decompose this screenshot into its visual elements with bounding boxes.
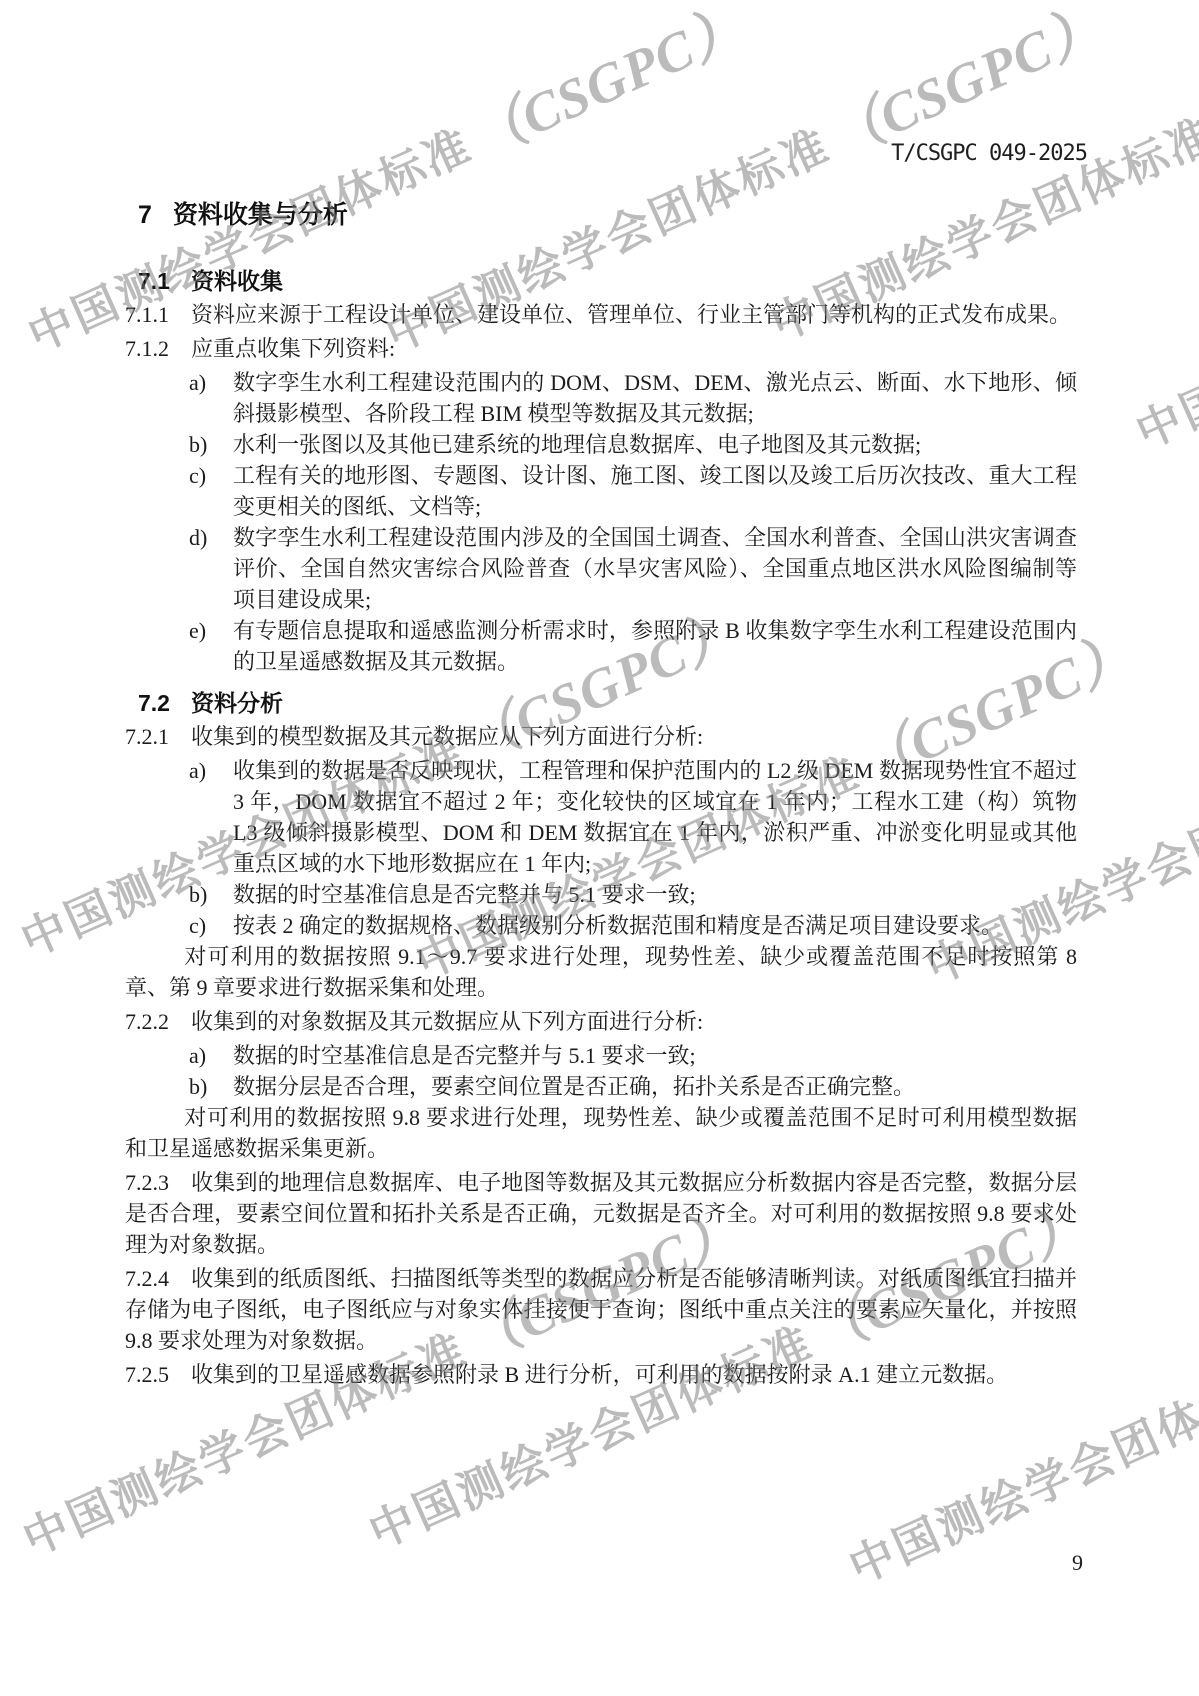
list-item: a)收集到的数据是否反映现状，工程管理和保护范围内的 L2 级 DEM 数据现势… [125, 755, 1077, 879]
clause-text: 收集到的纸质图纸、扫描图纸等类型的数据应分析是否能够清晰判读。对纸质图纸宜扫描并… [125, 1266, 1077, 1353]
list-item-marker: c) [189, 460, 206, 491]
list-item-text: 数字孪生水利工程建设范围内的 DOM、DSM、DEM、激光点云、断面、水下地形、… [233, 370, 1077, 426]
item-list: a)数据的时空基准信息是否完整并与 5.1 要求一致;b)数据分层是否合理，要素… [125, 1040, 1077, 1102]
list-item-marker: e) [189, 615, 206, 646]
list-item-marker: b) [189, 429, 207, 460]
page-number: 9 [1072, 1550, 1083, 1576]
section-heading-7: 7资料收集与分析 [138, 200, 1077, 230]
clause-number: 7.1.2 [125, 336, 169, 361]
clause-text: 资料应来源于工程设计单位、建设单位、管理单位、行业主管部门等机构的正式发布成果。 [191, 302, 1071, 327]
heading-number: 7.1 [138, 268, 170, 294]
continuation-paragraph: 对可利用的数据按照 9.8 要求进行处理，现势性差、缺少或覆盖范围不足时可利用模… [125, 1102, 1077, 1164]
clause-text: 应重点收集下列资料: [191, 336, 395, 361]
list-item-marker: a) [189, 755, 206, 786]
doc-code: T/CSGPC 049-2025 [891, 141, 1087, 166]
list-item-marker: b) [189, 879, 207, 910]
item-list: a)收集到的数据是否反映现状，工程管理和保护范围内的 L2 级 DEM 数据现势… [125, 755, 1077, 941]
list-item: d)数字孪生水利工程建设范围内涉及的全国国土调查、全国水利普查、全国山洪灾害调查… [125, 522, 1077, 615]
clause-number: 7.2.5 [125, 1362, 169, 1387]
section-heading-7.1: 7.1资料收集 [138, 267, 1077, 296]
heading-number: 7.2 [138, 690, 170, 716]
list-item-marker: a) [189, 1040, 206, 1071]
list-item: b)数据的时空基准信息是否完整并与 5.1 要求一致; [125, 879, 1077, 910]
list-item-text: 数据分层是否合理，要素空间位置是否正确，拓扑关系是否正确完整。 [233, 1074, 915, 1099]
section-heading-7.2: 7.2资料分析 [138, 689, 1077, 718]
list-item-marker: c) [189, 910, 206, 941]
item-list: a)数字孪生水利工程建设范围内的 DOM、DSM、DEM、激光点云、断面、水下地… [125, 367, 1077, 677]
clause-paragraph-7.1.2: 7.1.2应重点收集下列资料: [125, 333, 1077, 364]
document-page: 中国测绘学会团体标准 （CSGPC）中国测绘学会团体标准 （CSGPC）中国测绘… [0, 0, 1199, 1696]
clause-paragraph-7.2.4: 7.2.4收集到的纸质图纸、扫描图纸等类型的数据应分析是否能够清晰判读。对纸质图… [125, 1263, 1077, 1356]
list-item-text: 有专题信息提取和遥感监测分析需求时，参照附录 B 收集数字孪生水利工程建设范围内… [233, 618, 1077, 674]
clause-paragraph-7.2.2: 7.2.2收集到的对象数据及其元数据应从下列方面进行分析: [125, 1006, 1077, 1037]
clause-number: 7.2.2 [125, 1009, 169, 1034]
clause-number: 7.2.3 [125, 1170, 169, 1195]
clause-text: 收集到的卫星遥感数据参照附录 B 进行分析，可利用的数据按附录 A.1 建立元数… [191, 1362, 1008, 1387]
list-item-text: 工程有关的地形图、专题图、设计图、施工图、竣工图以及竣工后历次技改、重大工程变更… [233, 463, 1077, 519]
clause-text: 收集到的对象数据及其元数据应从下列方面进行分析: [191, 1009, 703, 1034]
clause-number: 7.1.1 [125, 302, 169, 327]
list-item-marker: b) [189, 1071, 207, 1102]
list-item-text: 数据的时空基准信息是否完整并与 5.1 要求一致; [233, 1043, 696, 1068]
list-item-text: 数字孪生水利工程建设范围内涉及的全国国土调查、全国水利普查、全国山洪灾害调查评价… [233, 525, 1077, 612]
list-item: c)按表 2 确定的数据规格、数据级别分析数据范围和精度是否满足项目建设要求。 [125, 910, 1077, 941]
clause-paragraph-7.1.1: 7.1.1资料应来源于工程设计单位、建设单位、管理单位、行业主管部门等机构的正式… [125, 299, 1077, 330]
list-item: a)数据的时空基准信息是否完整并与 5.1 要求一致; [125, 1040, 1077, 1071]
clause-text: 收集到的地理信息数据库、电子地图等数据及其元数据应分析数据内容是否完整，数据分层… [125, 1170, 1077, 1257]
list-item-text: 数据的时空基准信息是否完整并与 5.1 要求一致; [233, 882, 696, 907]
list-item-text: 水利一张图以及其他已建系统的地理信息数据库、电子地图及其元数据; [233, 432, 921, 457]
list-item-marker: a) [189, 367, 206, 398]
heading-title: 资料收集与分析 [173, 201, 348, 229]
list-item-text: 收集到的数据是否反映现状，工程管理和保护范围内的 L2 级 DEM 数据现势性宜… [233, 758, 1077, 876]
heading-title: 资料收集 [191, 268, 283, 294]
clause-number: 7.2.4 [125, 1266, 169, 1291]
clause-paragraph-7.2.5: 7.2.5收集到的卫星遥感数据参照附录 B 进行分析，可利用的数据按附录 A.1… [125, 1359, 1077, 1390]
list-item: e)有专题信息提取和遥感监测分析需求时，参照附录 B 收集数字孪生水利工程建设范… [125, 615, 1077, 677]
document-content: 7资料收集与分析7.1资料收集7.1.1资料应来源于工程设计单位、建设单位、管理… [125, 200, 1077, 1390]
clause-text: 收集到的模型数据及其元数据应从下列方面进行分析: [191, 724, 703, 749]
list-item: c)工程有关的地形图、专题图、设计图、施工图、竣工图以及竣工后历次技改、重大工程… [125, 460, 1077, 522]
page-header: T/CSGPC 049-2025 [0, 141, 1087, 166]
list-item-marker: d) [189, 522, 207, 553]
heading-title: 资料分析 [191, 690, 283, 716]
continuation-paragraph: 对可利用的数据按照 9.1～9.7 要求进行处理，现势性差、缺少或覆盖范围不足时… [125, 941, 1077, 1003]
watermark-text: 中国测绘学会团体标准 （CSGPC） [1128, 94, 1199, 460]
list-item: b)数据分层是否合理，要素空间位置是否正确，拓扑关系是否正确完整。 [125, 1071, 1077, 1102]
list-item: a)数字孪生水利工程建设范围内的 DOM、DSM、DEM、激光点云、断面、水下地… [125, 367, 1077, 429]
list-item: b)水利一张图以及其他已建系统的地理信息数据库、电子地图及其元数据; [125, 429, 1077, 460]
clause-paragraph-7.2.1: 7.2.1收集到的模型数据及其元数据应从下列方面进行分析: [125, 721, 1077, 752]
list-item-text: 按表 2 确定的数据规格、数据级别分析数据范围和精度是否满足项目建设要求。 [233, 913, 1003, 938]
clause-paragraph-7.2.3: 7.2.3收集到的地理信息数据库、电子地图等数据及其元数据应分析数据内容是否完整… [125, 1167, 1077, 1260]
heading-number: 7 [138, 201, 152, 229]
clause-number: 7.2.1 [125, 724, 169, 749]
watermark-cjk-text: 中国测绘学会团体标准 [1129, 217, 1199, 458]
